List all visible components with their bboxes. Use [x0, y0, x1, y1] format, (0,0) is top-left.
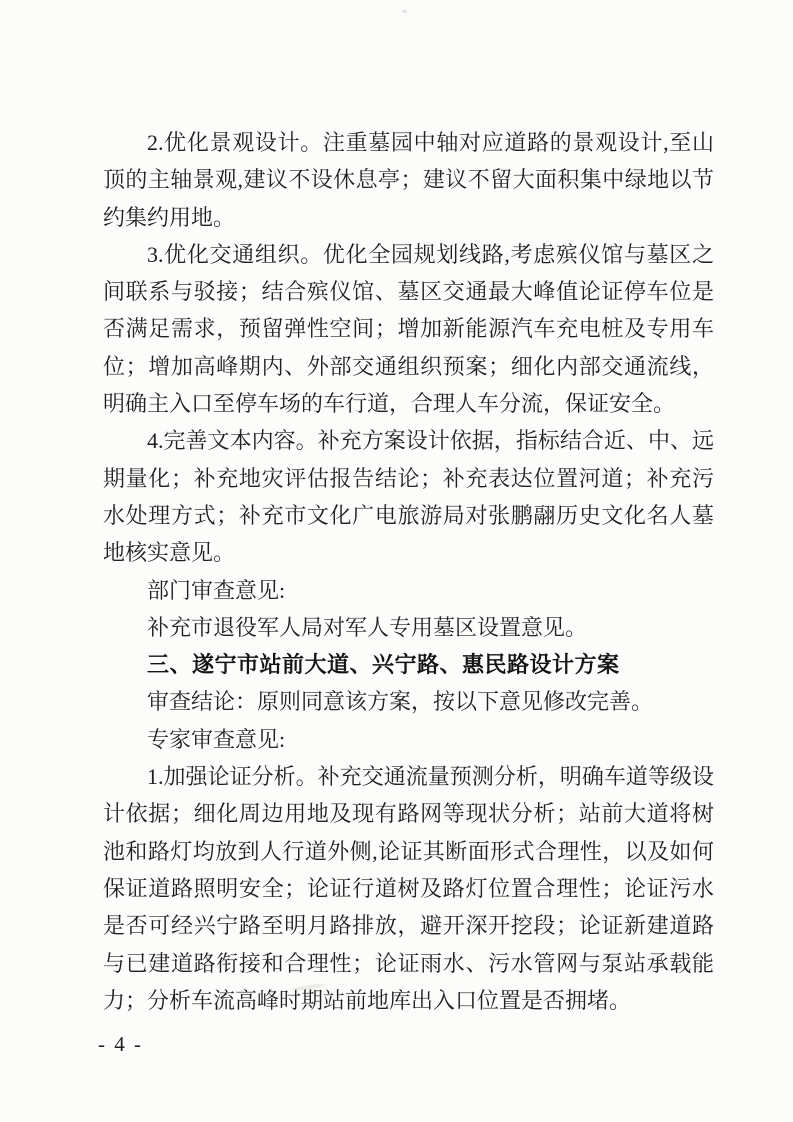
body-paragraph: 专家审查意见:	[103, 721, 714, 758]
body-paragraph: 补充市退役军人局对军人专用墓区设置意见。	[103, 609, 714, 646]
section-heading: 三、遂宁市站前大道、兴宁路、惠民路设计方案	[103, 646, 714, 683]
body-paragraph: 4.完善文本内容。补充方案设计依据，指标结合近、中、远期量化；补充地灾评估报告结…	[103, 422, 714, 571]
body-paragraph: 2.优化景观设计。注重墓园中轴对应道路的景观设计,至山顶的主轴景观,建议不设休息…	[103, 124, 714, 236]
body-paragraph: 3.优化交通组织。优化全园规划线路,考虑殡仪馆与墓区之间联系与驳接；结合殡仪馆、…	[103, 236, 714, 422]
body-paragraph: 部门审查意见:	[103, 572, 714, 609]
body-paragraph: 1.加强论证分析。补充交通流量预测分析，明确车道等级设计依据；细化周边用地及现有…	[103, 758, 714, 1019]
document-body: 2.优化景观设计。注重墓园中轴对应道路的景观设计,至山顶的主轴景观,建议不设休息…	[103, 124, 714, 1019]
scan-artifact	[402, 10, 407, 13]
page-number: - 4 -	[98, 1032, 143, 1057]
body-paragraph: 审查结论：原则同意该方案，按以下意见修改完善。	[103, 683, 714, 720]
document-page: 2.优化景观设计。注重墓园中轴对应道路的景观设计,至山顶的主轴景观,建议不设休息…	[0, 0, 793, 1122]
